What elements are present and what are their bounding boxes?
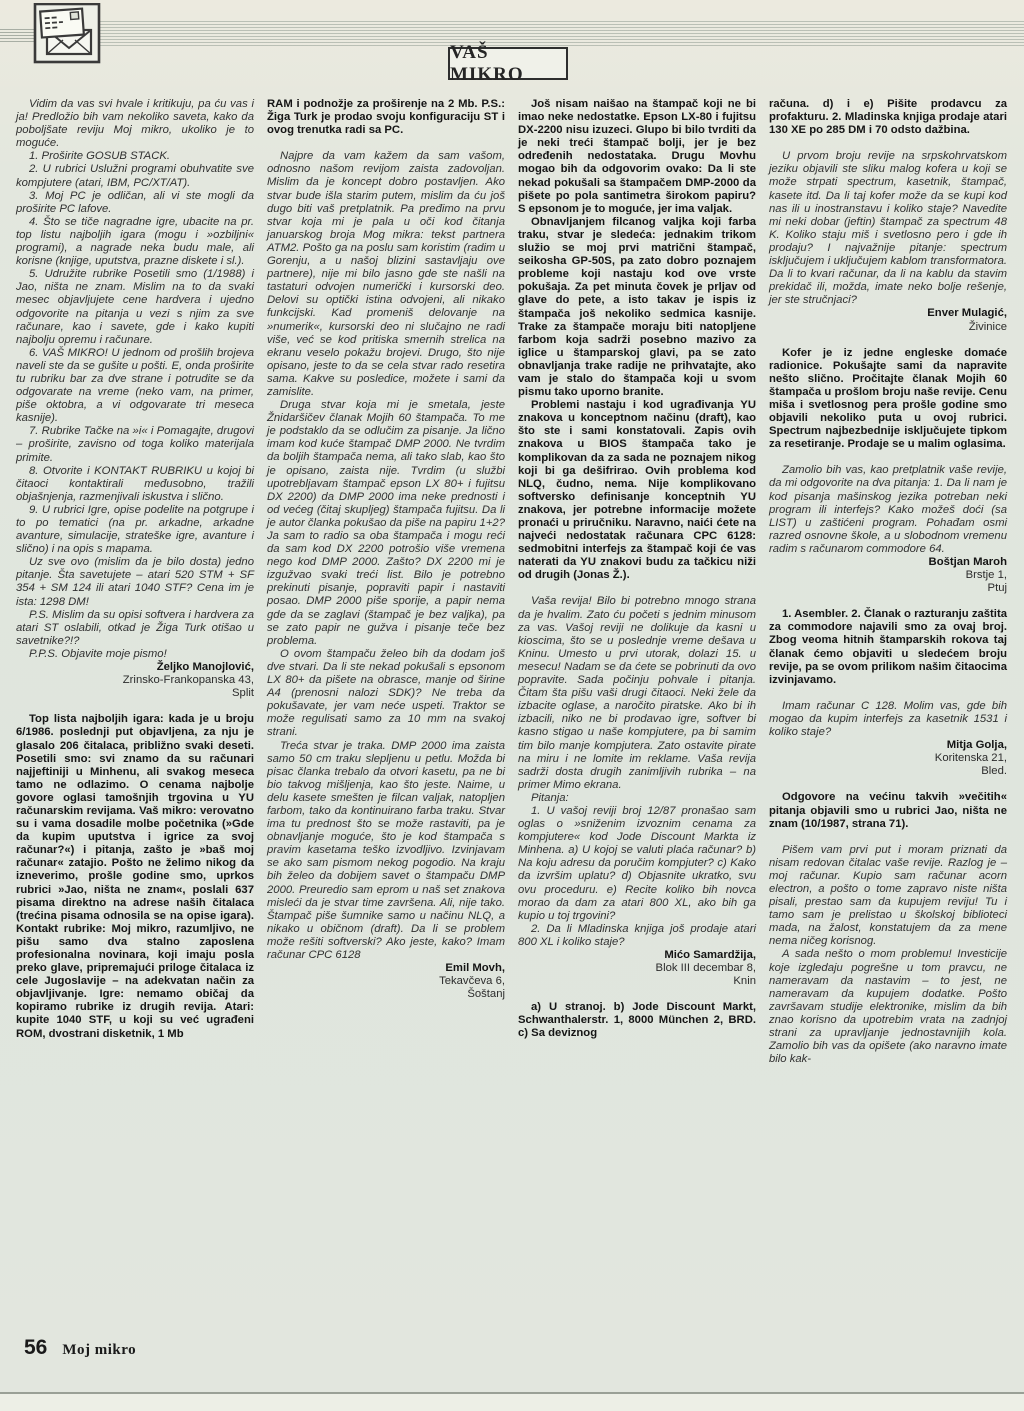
signature-name: Mićo Samardžija, [518, 949, 756, 962]
signature-address: Bled. [769, 765, 1007, 778]
signature-address: Tekavčeva 6, [267, 975, 505, 988]
letter-paragraph: P.P.S. Objavite moje pismo! [16, 648, 254, 661]
letter-paragraph: 1. U vašoj reviji broj 12/87 pronašao sa… [518, 805, 756, 923]
letter-paragraph: 4. Što se tiče nagradne igre, ubacite na… [16, 216, 254, 268]
letter-paragraph: A sada nešto o mom problemu! Investicije… [769, 948, 1007, 1066]
editor-reply-paragraph: Kofer je iz jedne engleske domaće radion… [769, 347, 1007, 452]
letter-paragraph: Pišem vam prvi put i moram priznati da n… [769, 844, 1007, 949]
signature-name: Enver Mulagić, [769, 307, 1007, 320]
letter-paragraph: 2. Da li Mladinska knjiga još prodaje at… [518, 923, 756, 949]
editor-reply-paragraph: Top lista najboljih igara: kada je u bro… [16, 713, 254, 1040]
editor-reply-paragraph: 1. Asembler. 2. Članak o razturanju zašt… [769, 608, 1007, 687]
letter-paragraph: Vidim da vas svi hvale i kritikuju, pa ć… [16, 98, 254, 150]
column-3: Još nisam naišao na štampač koji ne bi i… [518, 98, 756, 1066]
letter-paragraph: 7. Rubrike Tačke na »i« i Pomagajte, dru… [16, 425, 254, 464]
signature-address: Knin [518, 975, 756, 988]
page-title: VAŠ MIKRO [450, 42, 566, 86]
letter-paragraph: Imam računar C 128. Molim vas, gde bih m… [769, 700, 1007, 739]
signature-address: Koritenska 21, [769, 752, 1007, 765]
letters-columns: Vidim da vas svi hvale i kritikuju, pa ć… [16, 98, 1010, 1066]
letter-paragraph: 5. Udružite rubrike Posetili smo (1/1988… [16, 268, 254, 347]
letter-paragraph: 3. Moj PC je odličan, ali vi ste mogli d… [16, 190, 254, 216]
magazine-page: { "colors": { "paper": "#e2e6de", "ink":… [0, 0, 1024, 1411]
letter-paragraph: 9. U rubrici Igre, opise podelite na pot… [16, 504, 254, 556]
editor-reply-paragraph: a) U stranoj. b) Jode Discount Markt, Sc… [518, 1001, 756, 1040]
letter-paragraph: Pitanja: [518, 792, 756, 805]
letter-paragraph: Treća stvar je traka. DMP 2000 ima zaist… [267, 740, 505, 963]
signature-name: Mitja Golja, [769, 739, 1007, 752]
letter-paragraph: 2. U rubrici Uslužni programi obuhvatite… [16, 163, 254, 189]
page-footer: 56 Moj mikro [24, 1336, 136, 1360]
column-2: RAM i podnožje za proširenje na 2 Mb. P.… [267, 98, 505, 1066]
page-number: 56 [24, 1336, 47, 1360]
editor-reply-paragraph: Problemi nastaju i kod ugrađivanja YU zn… [518, 399, 756, 582]
letter-paragraph: Druga stvar koja mi je smetala, jeste Žn… [267, 399, 505, 648]
signature-address: Šoštanj [267, 988, 505, 1001]
letter-paragraph: O ovom štampaču želeo bih da dodam još d… [267, 648, 505, 740]
signature-name: Boštjan Maroh [769, 556, 1007, 569]
editor-reply-paragraph: računa. d) i e) Pišite prodavcu za profa… [769, 98, 1007, 137]
letter-paragraph: Uz sve ovo (mislim da je bilo dosta) jed… [16, 556, 254, 608]
letter-paragraph: Vaša revija! Bilo bi potrebno mnogo stra… [518, 595, 756, 791]
letter-paragraph: 8. Otvorite i KONTAKT RUBRIKU u kojoj bi… [16, 465, 254, 504]
letter-paragraph: 1. Proširite GOSUB STACK. [16, 150, 254, 163]
letter-paragraph: Najpre da vam kažem da sam vašom, odnosn… [267, 150, 505, 399]
signature-address: Živinice [769, 321, 1007, 334]
signature-name: Emil Movh, [267, 962, 505, 975]
page-bottom-band [0, 1394, 1024, 1411]
magazine-name: Moj mikro [62, 1342, 136, 1359]
letter-paragraph: P.S. Mislim da su opisi softvera i hardv… [16, 609, 254, 648]
editor-reply-paragraph: RAM i podnožje za proširenje na 2 Mb. P.… [267, 98, 505, 137]
signature-address: Split [16, 687, 254, 700]
letter-paragraph: 6. VAŠ MIKRO! U jednom od prošlih brojev… [16, 347, 254, 426]
letter-paragraph: U prvom broju revije na srpskohrvatskom … [769, 150, 1007, 307]
signature-address: Zrinsko-Frankopanska 43, [16, 674, 254, 687]
column-1: Vidim da vas svi hvale i kritikuju, pa ć… [16, 98, 254, 1066]
editor-reply-paragraph: Odgovore na većinu takvih »večitih« pita… [769, 791, 1007, 830]
signature-address: Blok III decembar 8, [518, 962, 756, 975]
signature-name: Željko Manojlović, [16, 661, 254, 674]
signature-address: Brstje 1, [769, 569, 1007, 582]
signature-address: Ptuj [769, 582, 1007, 595]
letter-paragraph: Zamolio bih vas, kao pretplatnik vaše re… [769, 464, 1007, 556]
column-4: računa. d) i e) Pišite prodavcu za profa… [769, 98, 1007, 1066]
editor-reply-paragraph: Obnavljanjem filcanog valjka koji farba … [518, 216, 756, 399]
editor-reply-paragraph: Još nisam naišao na štampač koji ne bi i… [518, 98, 756, 216]
letters-envelope-icon [33, 3, 103, 65]
section-title-box: VAŠ MIKRO [448, 47, 568, 80]
